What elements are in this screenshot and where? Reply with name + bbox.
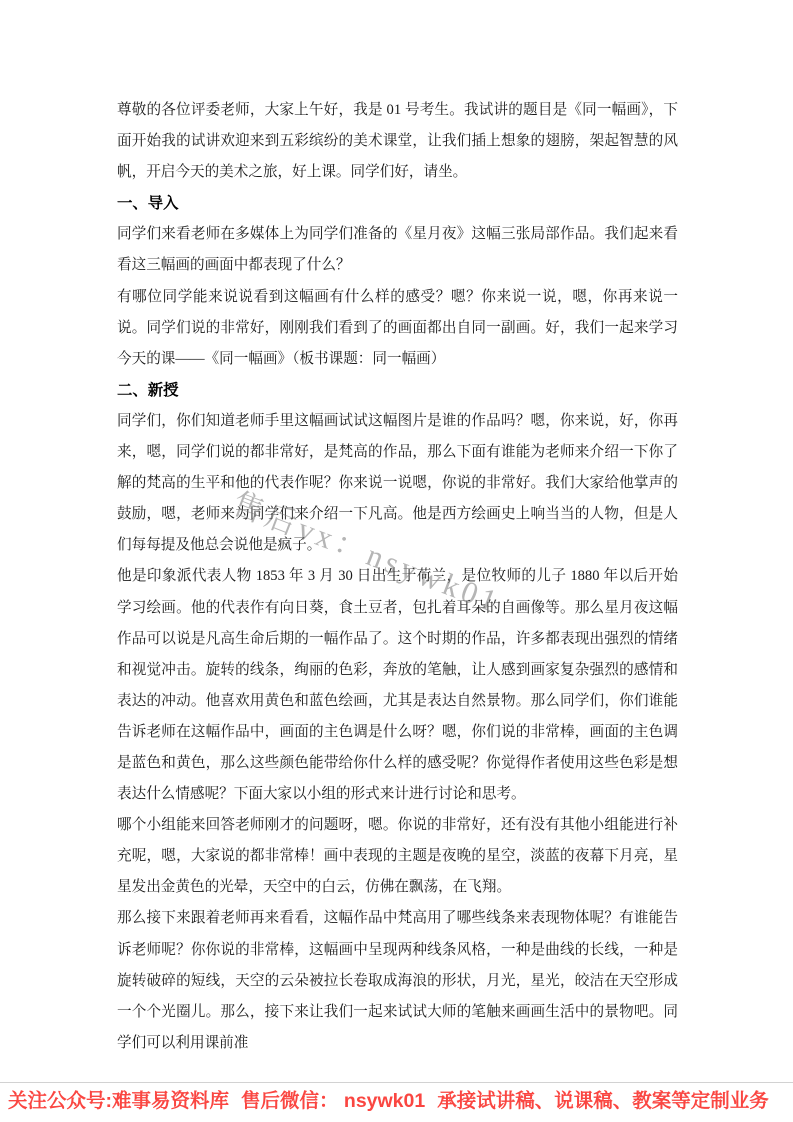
paragraph: 同学们，你们知道老师手里这幅画试试这幅图片是谁的作品吗？嗯，你来说，好，你再来，… [117, 406, 678, 561]
footer-divider-line [0, 1082, 793, 1083]
section-heading-lead-in: 一、导入 [117, 188, 678, 219]
footer-follow-account-label: 关注公众号:难事易资料库 [8, 1090, 229, 1112]
opening-paragraph: 尊敬的各位评委老师，大家上午好，我是 01 号考生。我试讲的题目是《同一幅画》，… [117, 95, 678, 188]
promo-footer-banner: 关注公众号:难事易资料库售后微信： nsywk01承接试讲稿、说课稿、教案等定制… [8, 1085, 793, 1113]
footer-services-label: 承接试讲稿、说课稿、教案等定制业务 [437, 1090, 769, 1112]
section-heading-new-lesson: 二、新授 [117, 375, 678, 406]
paragraph: 那么接下来跟着老师再来看看，这幅作品中梵高用了哪些线条来表现物体呢？有谁能告诉老… [117, 903, 678, 1058]
paragraph: 有哪位同学能来说说看到这幅画有什么样的感受？嗯？你来说一说，嗯，你再来说一说。同… [117, 282, 678, 375]
footer-wechat-contact-label: 售后微信： nsywk01 [241, 1090, 425, 1112]
document-body: 尊敬的各位评委老师，大家上午好，我是 01 号考生。我试讲的题目是《同一幅画》，… [117, 95, 678, 1059]
paragraph: 哪个小组能来回答老师刚才的问题呀，嗯。你说的非常好，还有没有其他小组能进行补充呢… [117, 810, 678, 903]
document-page: 尊敬的各位评委老师，大家上午好，我是 01 号考生。我试讲的题目是《同一幅画》，… [0, 0, 793, 1122]
paragraph: 同学们来看老师在多媒体上为同学们准备的《星月夜》这幅三张局部作品。我们起来看看这… [117, 219, 678, 281]
paragraph: 他是印象派代表人物 1853 年 3 月 30 日出生于荷兰，是位牧师的儿子 1… [117, 561, 678, 810]
